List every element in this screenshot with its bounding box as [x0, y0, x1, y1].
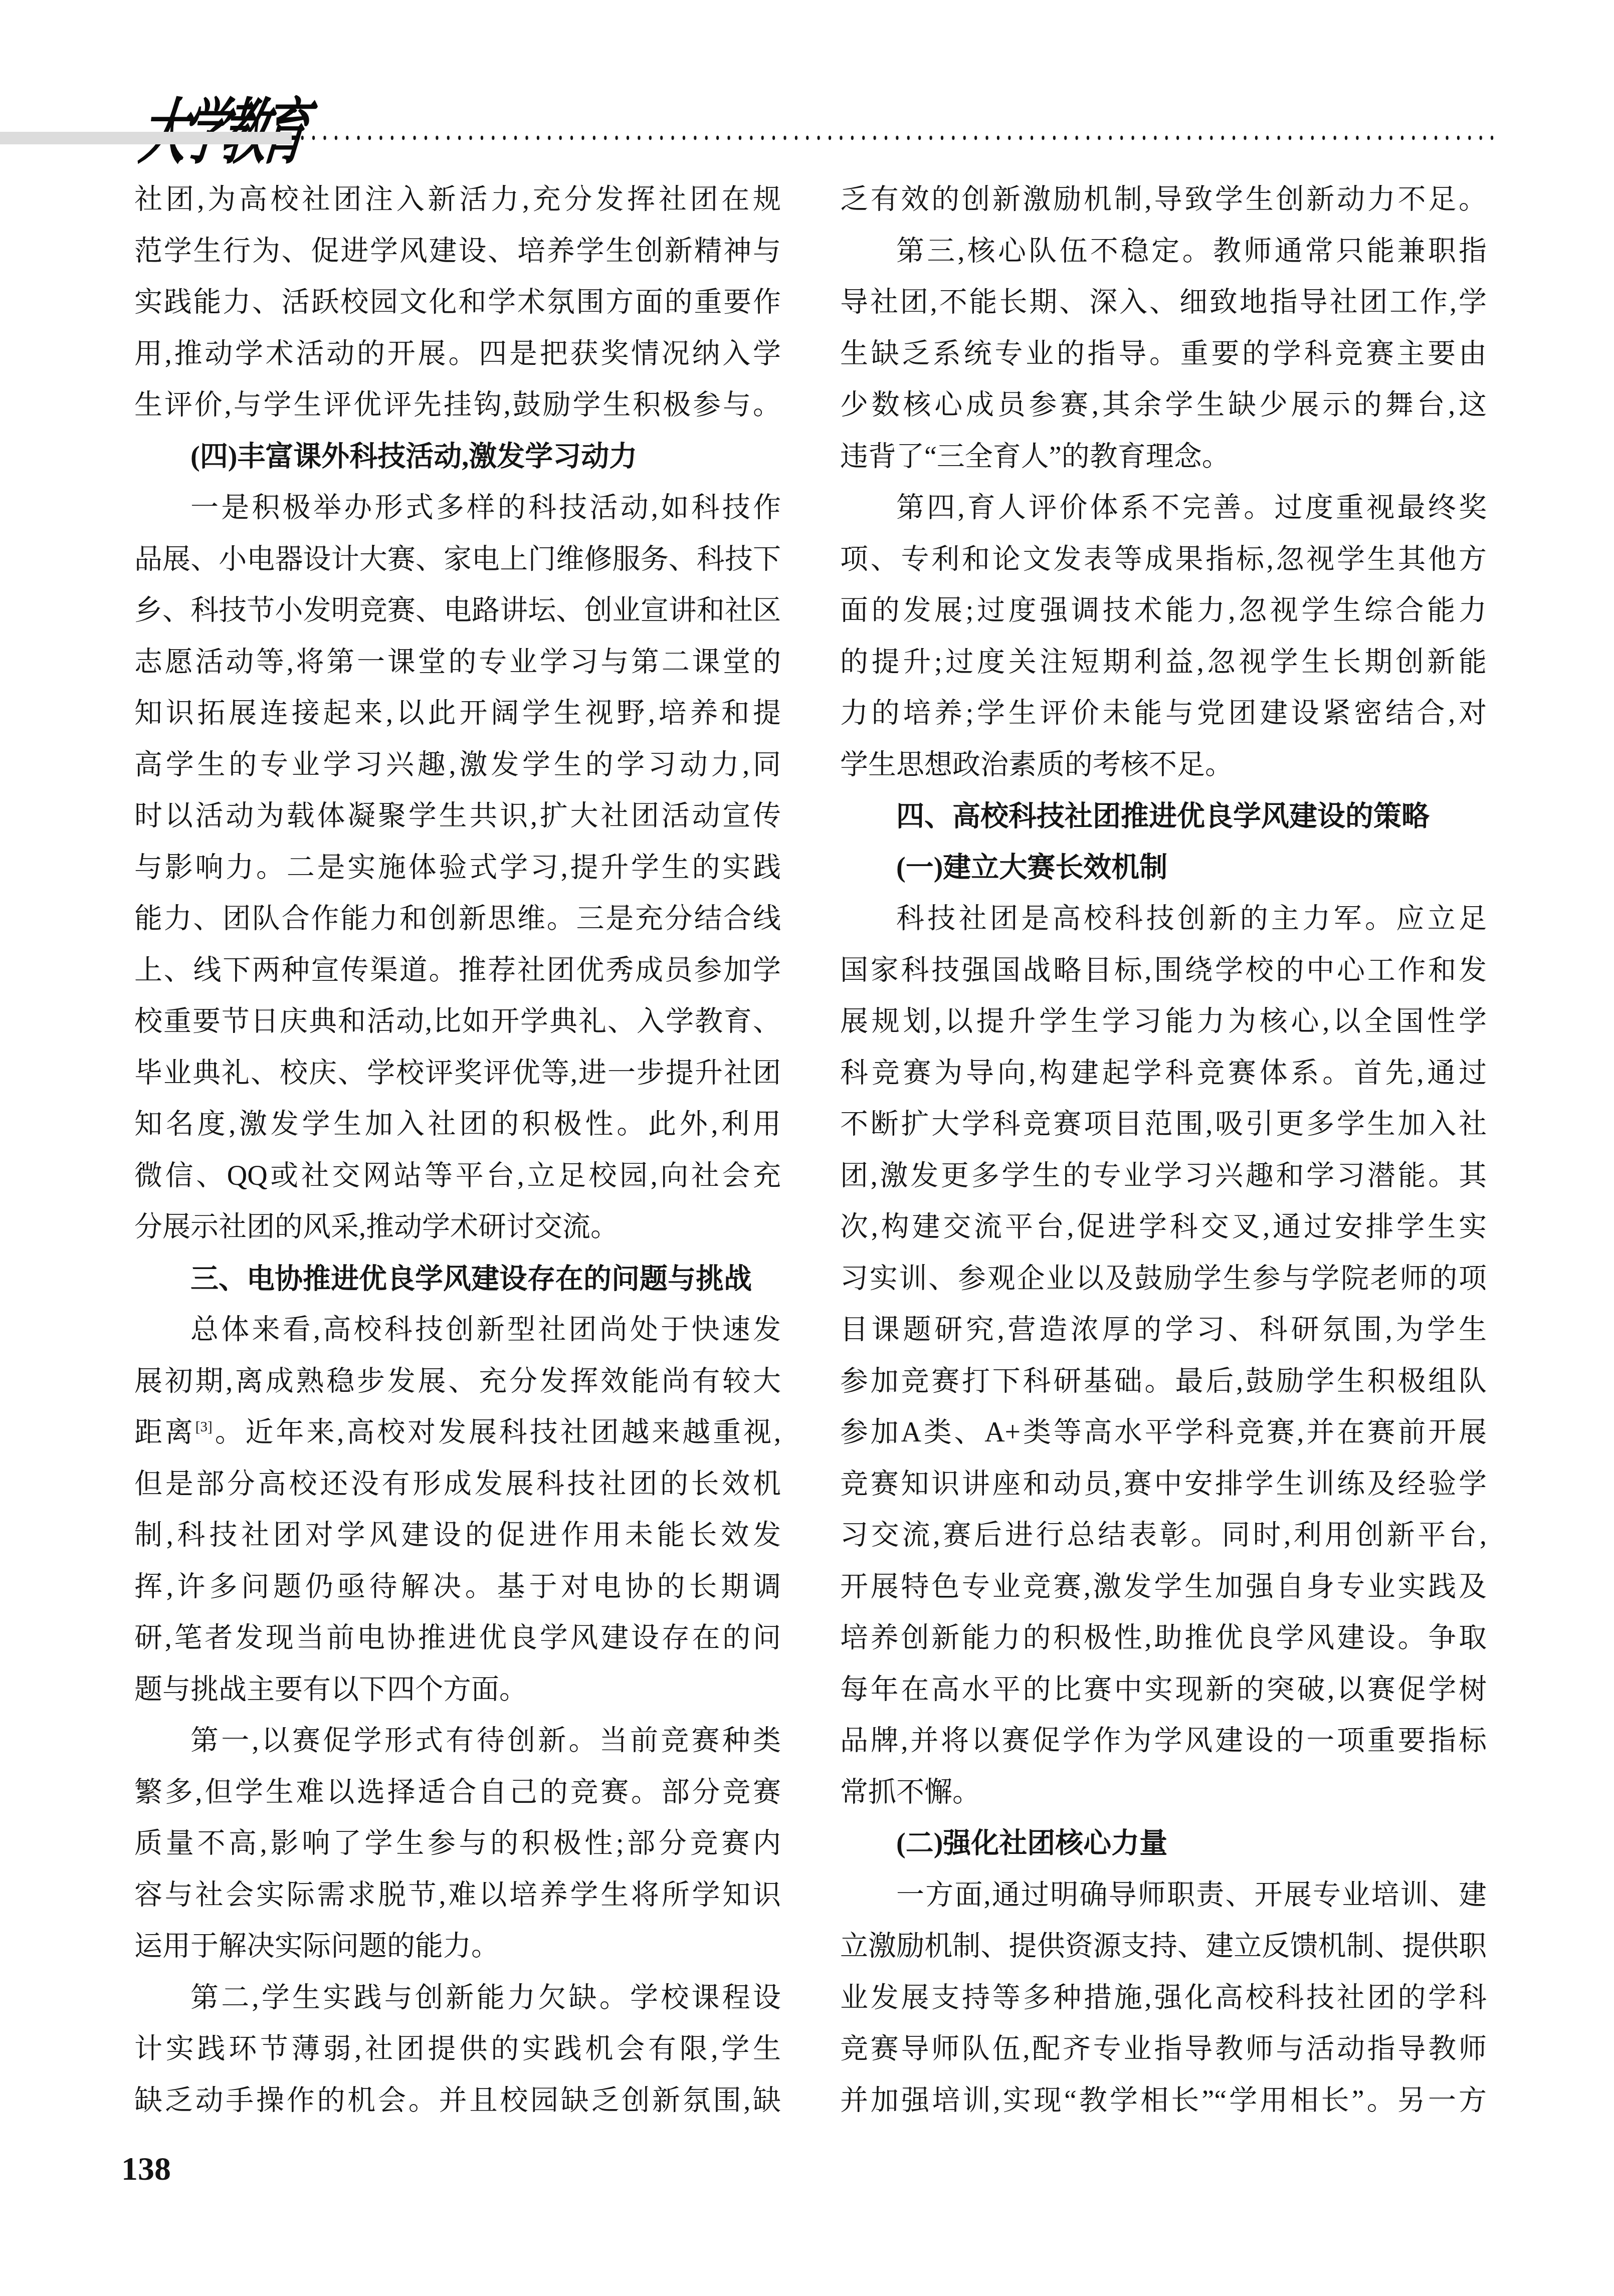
text-line: 第二,学生实践与创新能力欠缺。学校课程设	[134, 1972, 781, 2024]
text-line: 制,科技社团对学风建设的促进作用未能长效发	[134, 1510, 781, 1561]
text-line: 第三,核心队伍不稳定。教师通常只能兼职指	[840, 226, 1487, 277]
text-line: 毕业典礼、校庆、学校评奖评优等,进一步提升社团	[134, 1048, 781, 1099]
text-line: 常抓不懈。	[840, 1767, 1487, 1818]
text-line: 四、高校科技社团推进优良学风建设的策略	[840, 790, 1487, 842]
text-line: 分展示社团的风采,推动学术研讨交流。	[134, 1201, 781, 1253]
text-line: 的提升;过度关注短期利益,忽视学生长期创新能	[840, 637, 1487, 688]
text-line: 三、电协推进优良学风建设存在的问题与挑战	[134, 1253, 781, 1305]
text-line: 运用于解决实际问题的能力。	[134, 1921, 781, 1972]
text-line: 生缺乏系统专业的指导。重要的学科竞赛主要由	[840, 328, 1487, 380]
citation-marker: [3]	[195, 1419, 213, 1435]
text-line: 违背了“三全育人”的教育理念。	[840, 431, 1487, 483]
text-line: 项、专利和论文发表等成果指标,忽视学生其他方	[840, 534, 1487, 585]
text-line: 总体来看,高校科技创新型社团尚处于快速发	[134, 1304, 781, 1356]
text-line: 每年在高水平的比赛中实现新的突破,以赛促学树	[840, 1664, 1487, 1716]
header-gray-bar	[0, 132, 292, 144]
page-number: 138	[121, 2150, 171, 2188]
text-line: 次,构建交流平台,促进学科交叉,通过安排学生实	[840, 1201, 1487, 1253]
text-line: 立激励机制、提供资源支持、建立反馈机制、提供职	[840, 1921, 1487, 1972]
text-line: 但是部分高校还没有形成发展科技社团的长效机	[134, 1458, 781, 1510]
text-line: 品牌,并将以赛促学作为学风建设的一项重要指标	[840, 1715, 1487, 1767]
text-line: 上、线下两种宣传渠道。推荐社团优秀成员参加学	[134, 945, 781, 996]
text-line: 导社团,不能长期、深入、细致地指导社团工作,学	[840, 277, 1487, 328]
text-line: 容与社会实际需求脱节,难以培养学生将所学知识	[134, 1869, 781, 1921]
text-line: 微信、QQ或社交网站等平台,立足校园,向社会充	[134, 1150, 781, 1202]
text-line: 范学生行为、促进学风建设、培养学生创新精神与	[134, 226, 781, 277]
text-line: 乡、科技节小发明竞赛、电路讲坛、创业宣讲和社区	[134, 585, 781, 637]
text-line: 距离[3]。近年来,高校对发展科技社团越来越重视,	[134, 1407, 781, 1458]
text-line: 与影响力。二是实施体验式学习,提升学生的实践	[134, 842, 781, 894]
header-dotted-rule	[297, 133, 1499, 143]
text-line: 国家科技强国战略目标,围绕学校的中心工作和发	[840, 945, 1487, 996]
text-line: 品展、小电器设计大赛、家电上门维修服务、科技下	[134, 534, 781, 585]
text-line: 繁多,但学生难以选择适合自己的竞赛。部分竞赛	[134, 1767, 781, 1818]
text-line: 参加竞赛打下科研基础。最后,鼓励学生积极组队	[840, 1356, 1487, 1407]
text-line: 并加强培训,实现“教学相长”“学用相长”。另一方	[840, 2075, 1487, 2127]
text-line: (四)丰富课外科技活动,激发学习动力	[134, 431, 781, 483]
text-line: 知名度,激发学生加入社团的积极性。此外,利用	[134, 1099, 781, 1150]
text-line: 竞赛导师队伍,配齐专业指导教师与活动指导教师	[840, 2023, 1487, 2075]
text-line: 一方面,通过明确导师职责、开展专业培训、建	[840, 1869, 1487, 1921]
text-line: 志愿活动等,将第一课堂的专业学习与第二课堂的	[134, 637, 781, 688]
text-line: 开展特色专业竞赛,激发学生加强自身专业实践及	[840, 1561, 1487, 1613]
text-line: 展规划,以提升学生学习能力为核心,以全国性学	[840, 996, 1487, 1048]
text-line: 科竞赛为导向,构建起学科竞赛体系。首先,通过	[840, 1048, 1487, 1099]
text-line: 研,笔者发现当前电协推进优良学风建设存在的问	[134, 1612, 781, 1664]
text-line: 挥,许多问题仍亟待解决。基于对电协的长期调	[134, 1561, 781, 1613]
text-line: 缺乏动手操作的机会。并且校园缺乏创新氛围,缺	[134, 2075, 781, 2127]
text-line: 能力、团队合作能力和创新思维。三是充分结合线	[134, 893, 781, 945]
text-line: (二)强化社团核心力量	[840, 1818, 1487, 1869]
text-line: 质量不高,影响了学生参与的积极性;部分竞赛内	[134, 1818, 781, 1869]
text-line: 题与挑战主要有以下四个方面。	[134, 1664, 781, 1716]
text-line: 时以活动为载体凝聚学生共识,扩大社团活动宣传	[134, 790, 781, 842]
text-line: 业发展支持等多种措施,强化高校科技社团的学科	[840, 1972, 1487, 2024]
text-line: 不断扩大学科竞赛项目范围,吸引更多学生加入社	[840, 1099, 1487, 1150]
text-line: 习实训、参观企业以及鼓励学生参与学院老师的项	[840, 1253, 1487, 1305]
text-line: 乏有效的创新激励机制,导致学生创新动力不足。	[840, 174, 1487, 226]
text-line: 第一,以赛促学形式有待创新。当前竞赛种类	[134, 1715, 781, 1767]
text-line: 第四,育人评价体系不完善。过度重视最终奖	[840, 482, 1487, 534]
text-line: (一)建立大赛长效机制	[840, 842, 1487, 894]
text-line: 科技社团是高校科技创新的主力军。应立足	[840, 893, 1487, 945]
text-line: 少数核心成员参赛,其余学生缺少展示的舞台,这	[840, 379, 1487, 431]
journal-page: 大学教育 社团,为高校社团注入新活力,充分发挥社团在规范学生行为、促进学风建设、…	[0, 0, 1614, 2296]
text-line: 目课题研究,营造浓厚的学习、科研氛围,为学生	[840, 1304, 1487, 1356]
text-line: 参加A类、A+类等高水平学科竞赛,并在赛前开展	[840, 1407, 1487, 1458]
text-line: 竞赛知识讲座和动员,赛中安排学生训练及经验学	[840, 1458, 1487, 1510]
right-text-column: 乏有效的创新激励机制,导致学生创新动力不足。第三,核心队伍不稳定。教师通常只能兼…	[840, 174, 1487, 2126]
text-line: 高学生的专业学习兴趣,激发学生的学习动力,同	[134, 739, 781, 791]
text-line: 知识拓展连接起来,以此开阔学生视野,培养和提	[134, 688, 781, 739]
text-line: 展初期,离成熟稳步发展、充分发挥效能尚有较大	[134, 1356, 781, 1407]
text-line: 培养创新能力的积极性,助推优良学风建设。争取	[840, 1612, 1487, 1664]
text-line: 习交流,赛后进行总结表彰。同时,利用创新平台,	[840, 1510, 1487, 1561]
text-line: 社团,为高校社团注入新活力,充分发挥社团在规	[134, 174, 781, 226]
text-line: 校重要节日庆典和活动,比如开学典礼、入学教育、	[134, 996, 781, 1048]
text-line: 一是积极举办形式多样的科技活动,如科技作	[134, 482, 781, 534]
left-text-column: 社团,为高校社团注入新活力,充分发挥社团在规范学生行为、促进学风建设、培养学生创…	[134, 174, 781, 2126]
text-line: 面的发展;过度强调技术能力,忽视学生综合能力	[840, 585, 1487, 637]
text-line: 用,推动学术活动的开展。四是把获奖情况纳入学	[134, 328, 781, 380]
text-line: 生评价,与学生评优评先挂钩,鼓励学生积极参与。	[134, 379, 781, 431]
text-line: 计实践环节薄弱,社团提供的实践机会有限,学生	[134, 2023, 781, 2075]
text-line: 团,激发更多学生的专业学习兴趣和学习潜能。其	[840, 1150, 1487, 1202]
text-line: 学生思想政治素质的考核不足。	[840, 739, 1487, 791]
text-line: 实践能力、活跃校园文化和学术氛围方面的重要作	[134, 277, 781, 328]
text-line: 力的培养;学生评价未能与党团建设紧密结合,对	[840, 688, 1487, 739]
